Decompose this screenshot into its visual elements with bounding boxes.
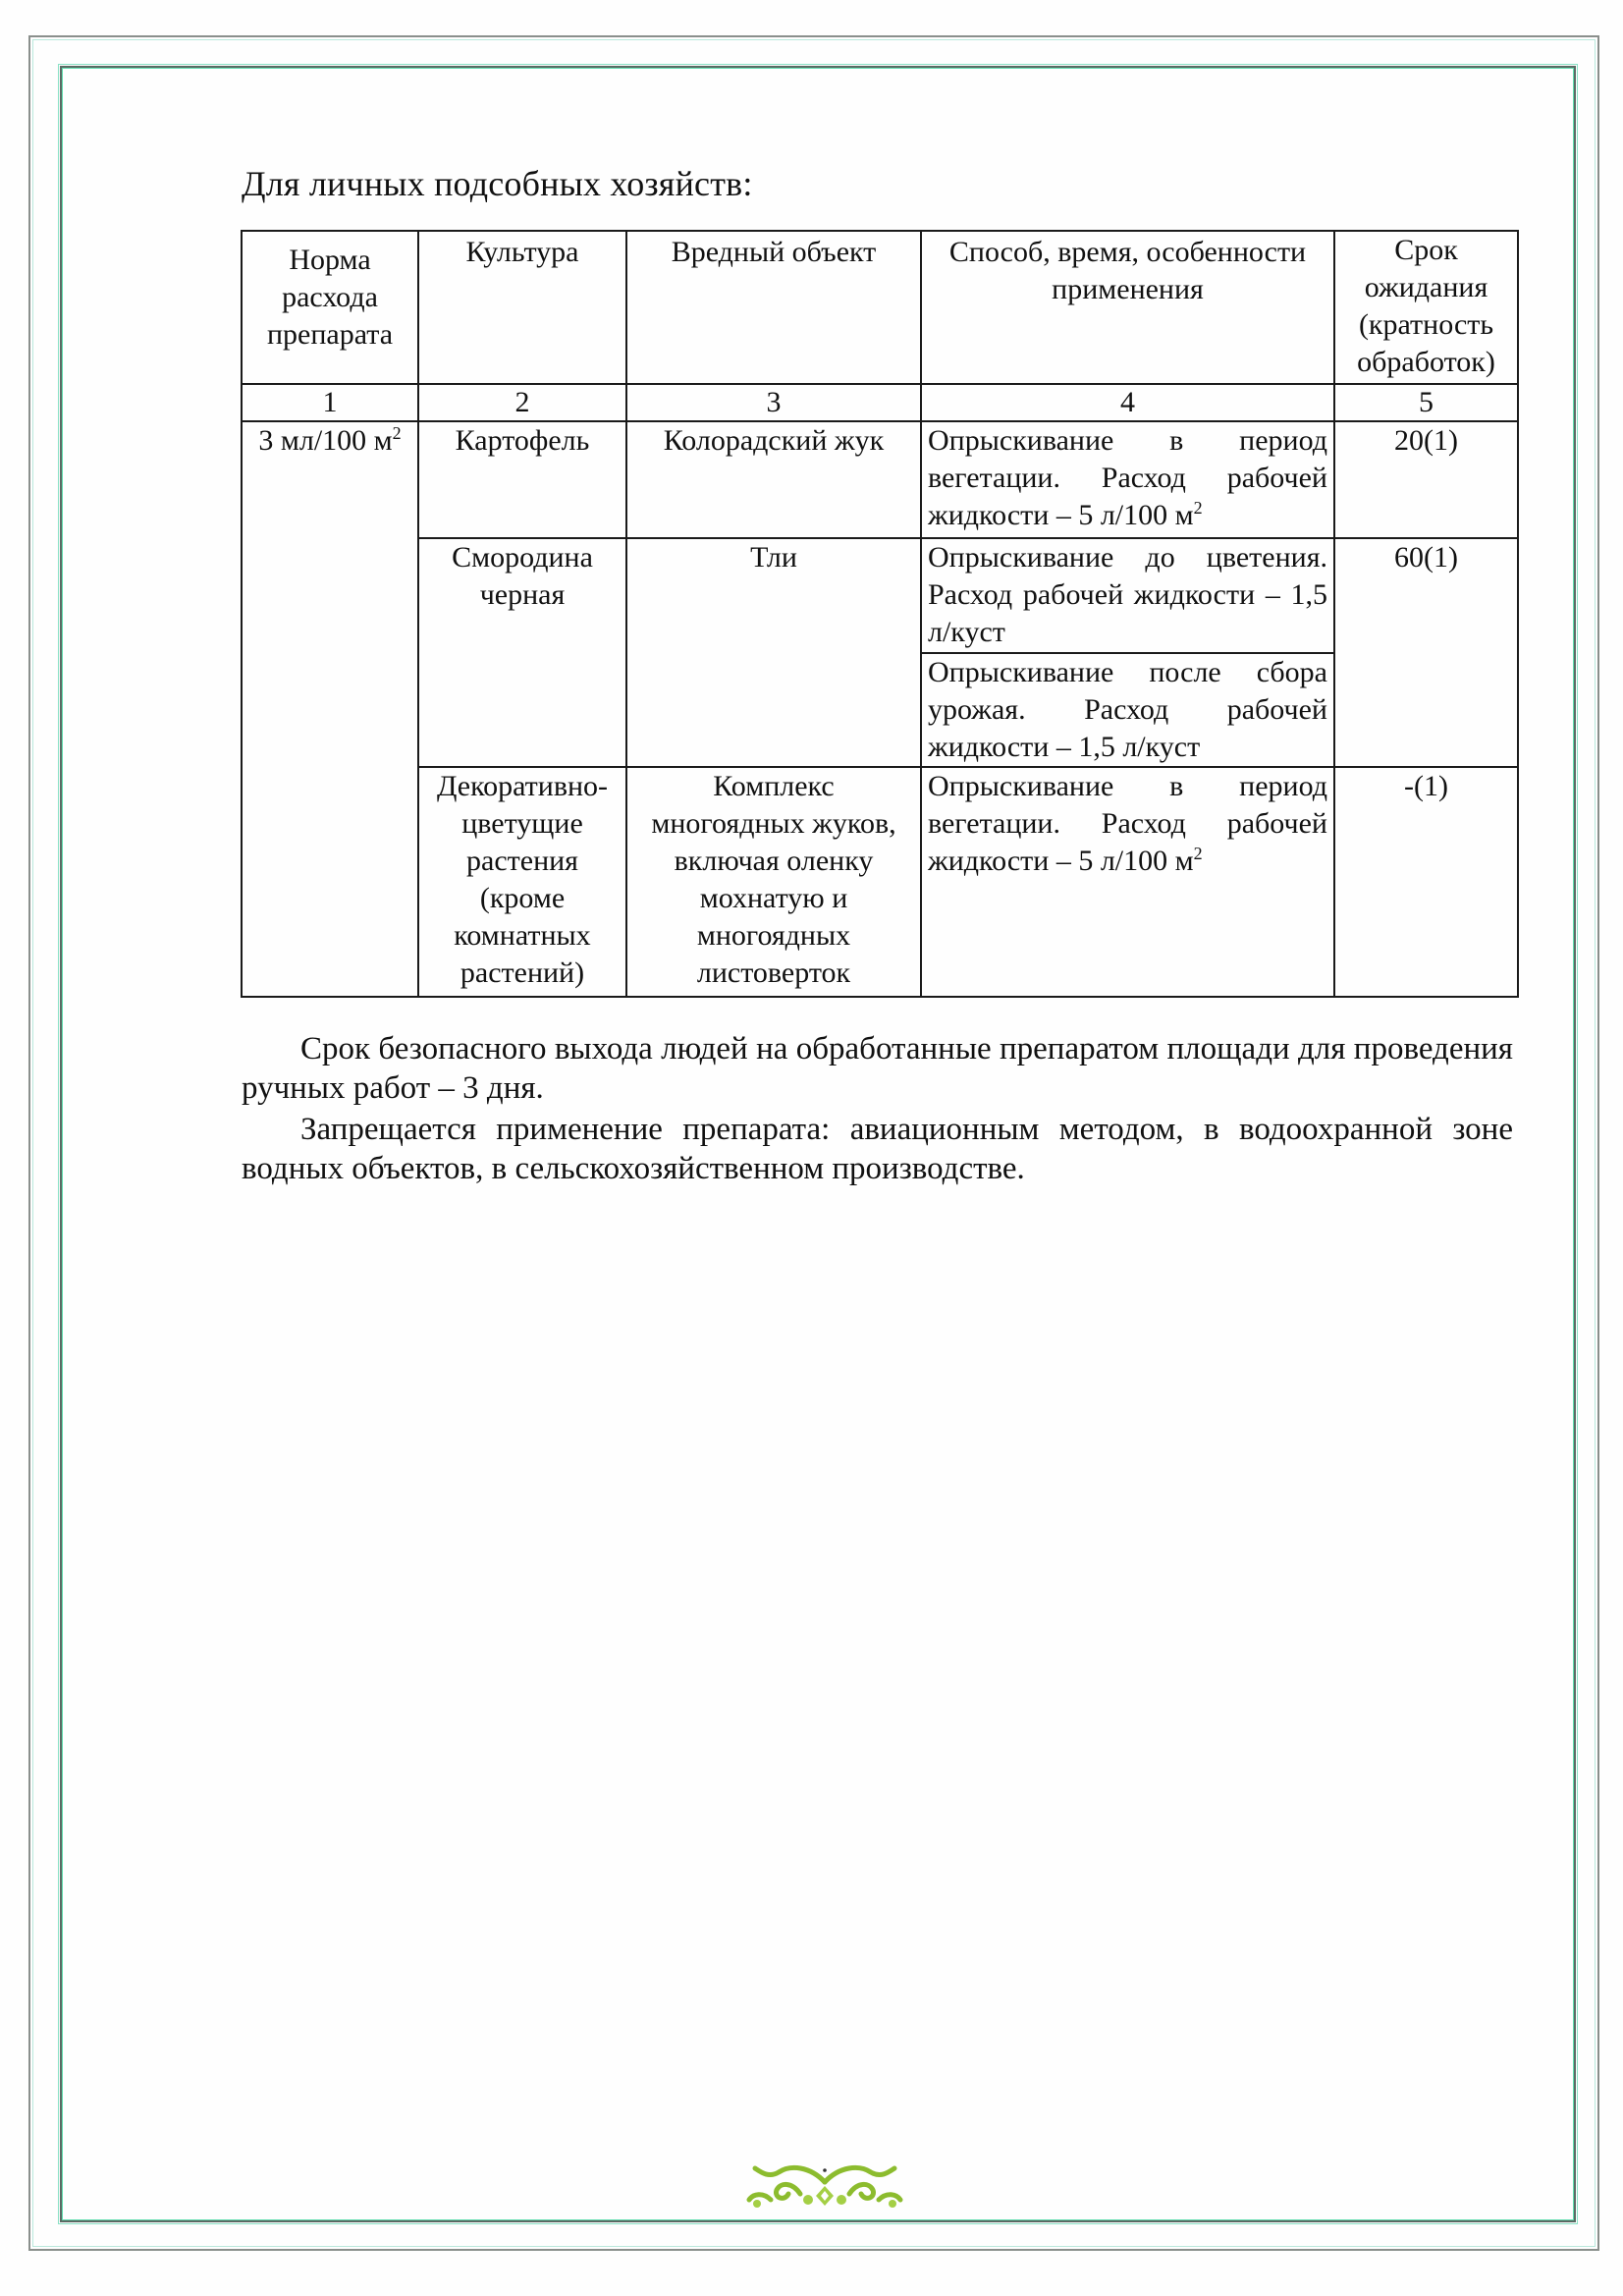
column-number: 4 — [921, 384, 1334, 421]
pest-cell: Тли — [626, 538, 921, 767]
rate-cell: 3 мл/100 м2 — [242, 421, 418, 997]
crop-cell: Смородина черная — [418, 538, 626, 767]
column-number-row: 1 2 3 4 5 — [242, 384, 1518, 421]
safety-paragraph: Срок безопасного выхода людей на обработ… — [242, 1029, 1513, 1108]
column-number: 5 — [1334, 384, 1518, 421]
crop-cell: Декоративно-цветущие растения (кроме ком… — [418, 767, 626, 997]
table-row: 3 мл/100 м2 Картофель Колорадский жук Оп… — [242, 421, 1518, 538]
table-row: Декоративно-цветущие растения (кроме ком… — [242, 767, 1518, 997]
header-method: Способ, время, особенности применения — [921, 231, 1334, 384]
method-cell: Опрыскивание до цветения. Расход рабочей… — [921, 538, 1334, 653]
column-number: 3 — [626, 384, 921, 421]
section-heading: Для личных подсобных хозяйств: — [242, 163, 753, 204]
table-row: Смородина черная Тли Опрыскивание до цве… — [242, 538, 1518, 653]
column-number: 2 — [418, 384, 626, 421]
method-cell: Опрыскивание в период вегетации. Расход … — [921, 421, 1334, 538]
method-cell: Опрыскивание после сбора урожая. Расход … — [921, 653, 1334, 767]
floral-ornament-icon — [741, 2160, 908, 2212]
header-pest: Вредный объект — [626, 231, 921, 384]
pest-cell: Колорадский жук — [626, 421, 921, 538]
crop-cell: Картофель — [418, 421, 626, 538]
waiting-cell: 60(1) — [1334, 538, 1518, 767]
header-crop: Культура — [418, 231, 626, 384]
table-header-row: Норма расхода препарата Культура Вредный… — [242, 231, 1518, 384]
column-number: 1 — [242, 384, 418, 421]
regulations-table: Норма расхода препарата Культура Вредный… — [241, 230, 1519, 998]
header-rate: Норма расхода препарата — [242, 231, 418, 384]
restriction-paragraph: Запрещается применение препарата: авиаци… — [242, 1110, 1513, 1188]
waiting-cell: -(1) — [1334, 767, 1518, 997]
method-cell: Опрыскивание в период вегетации. Расход … — [921, 767, 1334, 997]
waiting-cell: 20(1) — [1334, 421, 1518, 538]
header-waiting: Срок ожидания (кратность обработок) — [1334, 231, 1518, 384]
pest-cell: Комплекс многоядных жуков, включая оленк… — [626, 767, 921, 997]
